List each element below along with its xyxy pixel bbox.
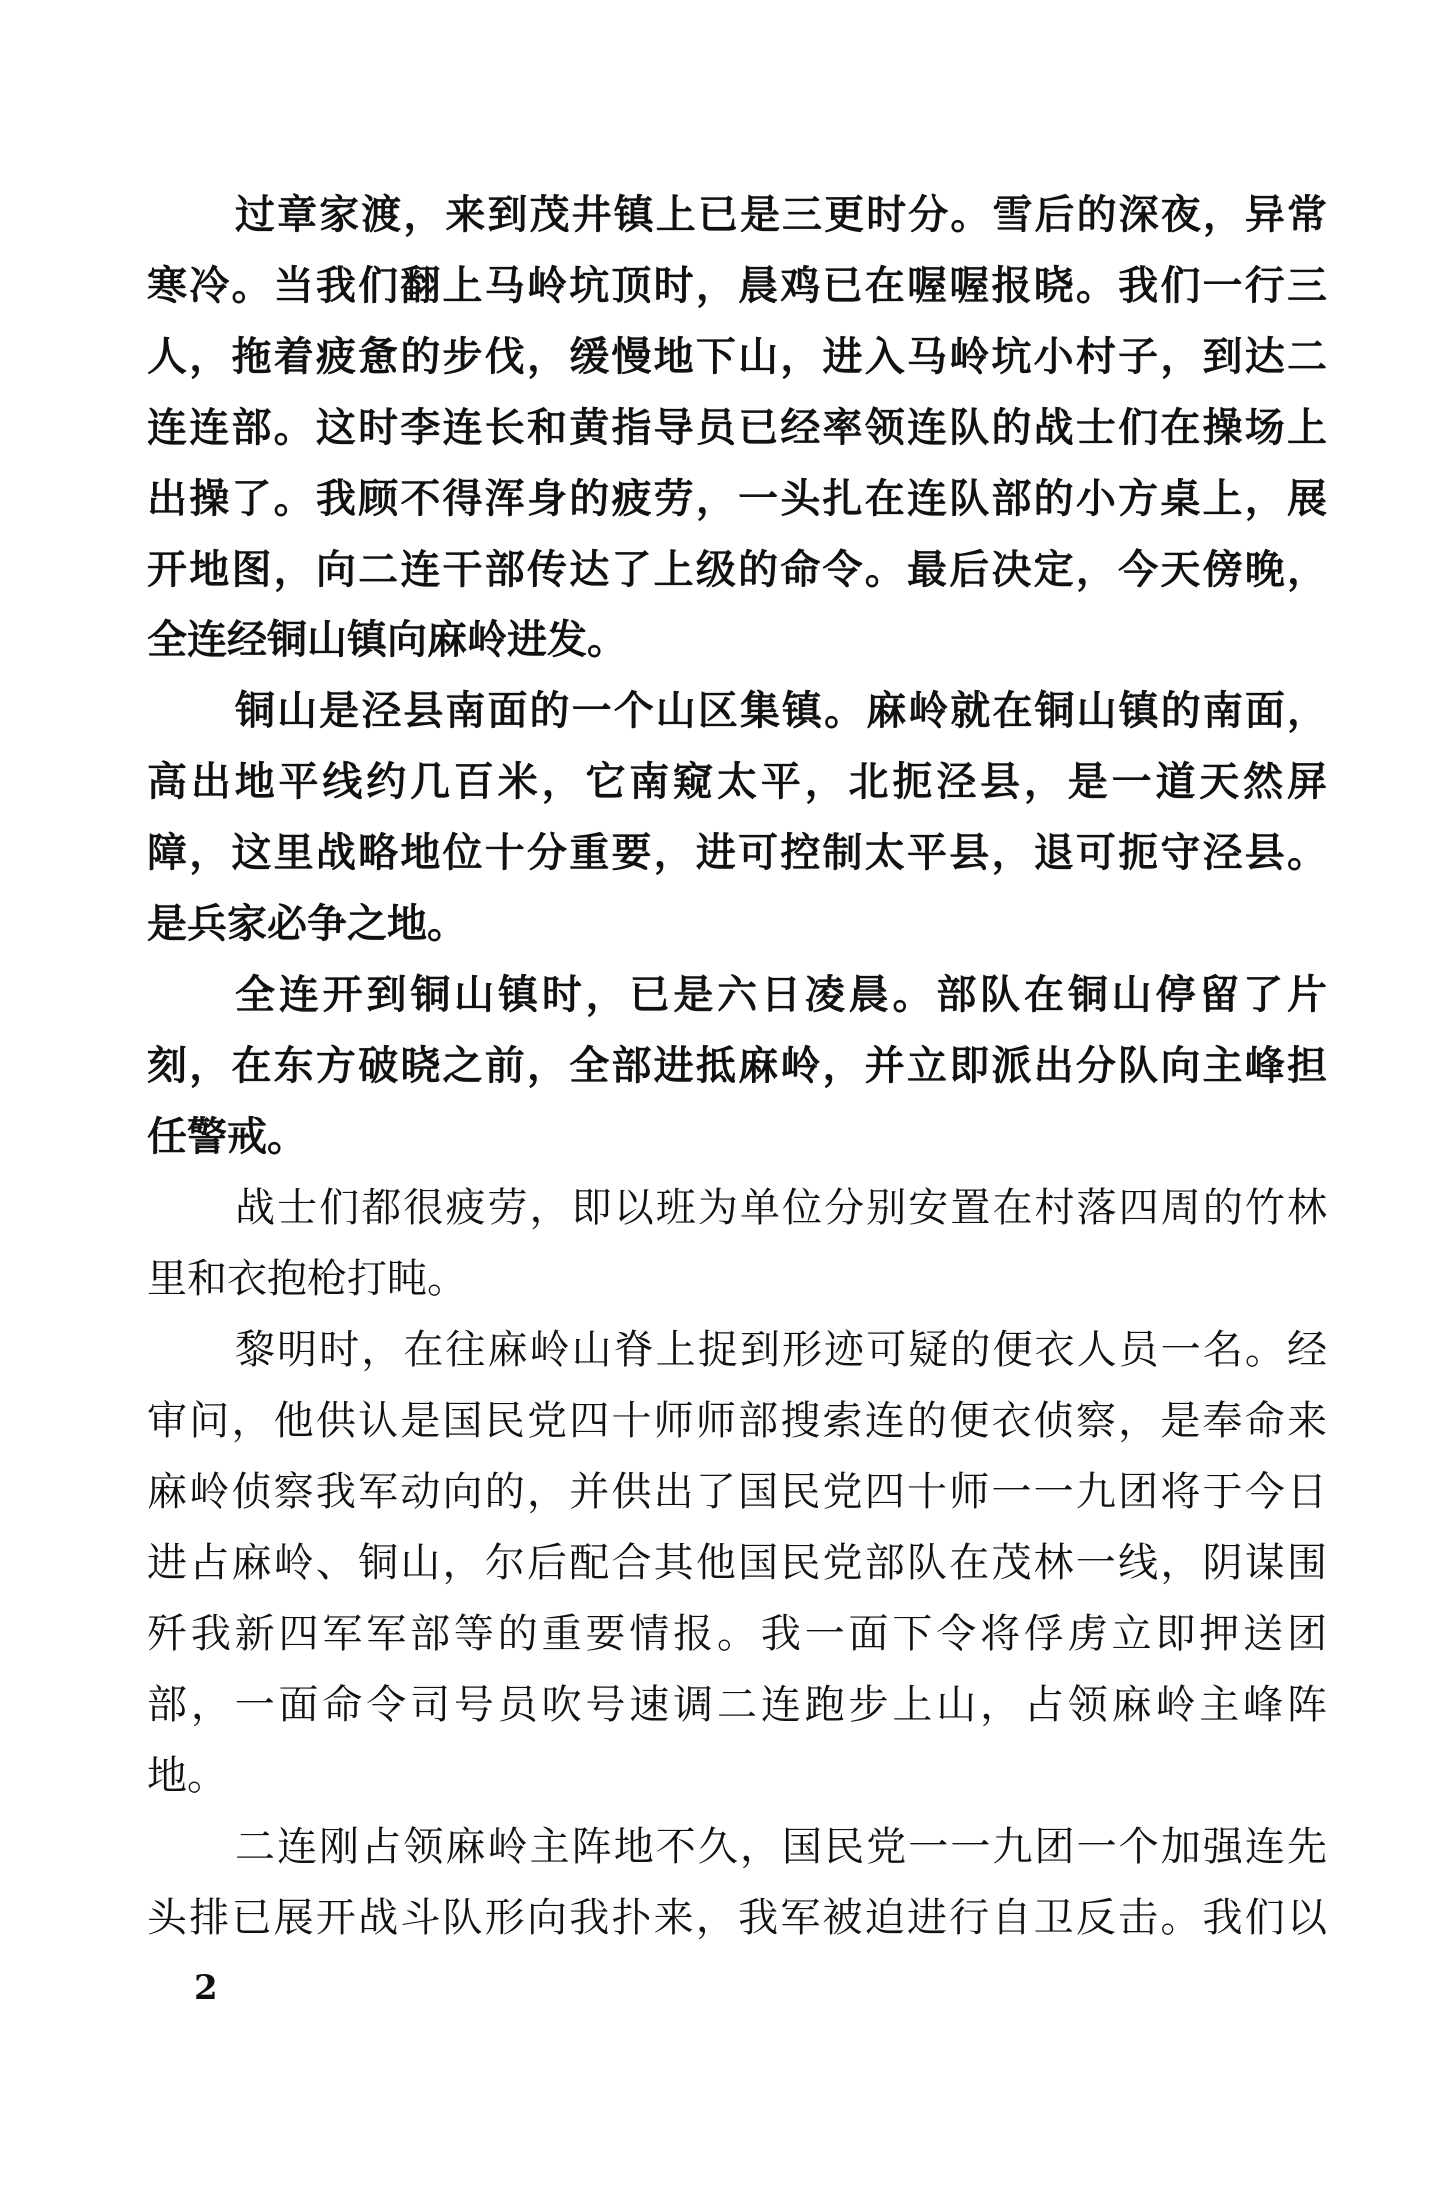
page-number: 2 bbox=[194, 1968, 218, 2008]
text-line: 全连经铜山镇向麻岭进发。 bbox=[147, 615, 1327, 665]
text-line: 人，拖着疲惫的步伐，缓慢地下山，进入马岭坑小村子，到达二 bbox=[147, 332, 1327, 382]
text-line: 任警戒。 bbox=[147, 1112, 1327, 1162]
text-line: 过章家渡，来到茂井镇上已是三更时分。雪后的深夜，异常 bbox=[235, 190, 1327, 240]
text-line: 连连部。这时李连长和黄指导员已经率领连队的战士们在操场上 bbox=[147, 403, 1327, 453]
text-line: 高出地平线约几百米，它南窥太平，北扼泾县，是一道天然屏 bbox=[147, 757, 1327, 807]
text-line: 出操了。我顾不得浑身的疲劳，一头扎在连队部的小方桌上，展 bbox=[147, 474, 1327, 524]
text-line: 头排已展开战斗队形向我扑来，我军被迫进行自卫反击。我们以 bbox=[147, 1893, 1327, 1943]
text-line: 地。 bbox=[147, 1751, 1327, 1801]
text-line: 是兵家必争之地。 bbox=[147, 899, 1327, 949]
text-line: 战士们都很疲劳，即以班为单位分别安置在村落四周的竹林 bbox=[235, 1183, 1327, 1233]
text-line: 铜山是泾县南面的一个山区集镇。麻岭就在铜山镇的南面， bbox=[235, 686, 1327, 736]
text-line: 刻，在东方破晓之前，全部进抵麻岭，并立即派出分队向主峰担 bbox=[147, 1041, 1327, 1091]
text-line: 二连刚占领麻岭主阵地不久，国民党一一九团一个加强连先 bbox=[235, 1822, 1327, 1872]
text-line: 开地图，向二连干部传达了上级的命令。最后决定，今天傍晚， bbox=[147, 545, 1327, 595]
text-line: 歼我新四军军部等的重要情报。我一面下令将俘虏立即押送团 bbox=[147, 1609, 1327, 1659]
text-line: 里和衣抱枪打盹。 bbox=[147, 1254, 1327, 1304]
text-line: 寒冷。当我们翻上马岭坑顶时，晨鸡已在喔喔报晓。我们一行三 bbox=[147, 261, 1327, 311]
text-line: 部，一面命令司号员吹号速调二连跑步上山，占领麻岭主峰阵 bbox=[147, 1680, 1327, 1730]
book-page: 过章家渡，来到茂井镇上已是三更时分。雪后的深夜，异常 寒冷。当我们翻上马岭坑顶时… bbox=[0, 0, 1440, 2200]
text-line: 进占麻岭、铜山，尔后配合其他国民党部队在茂林一线，阴谋围 bbox=[147, 1538, 1327, 1588]
text-line: 审问，他供认是国民党四十师师部搜索连的便衣侦察，是奉命来 bbox=[147, 1396, 1327, 1446]
text-line: 麻岭侦察我军动向的，并供出了国民党四十师一一九团将于今日 bbox=[147, 1467, 1327, 1517]
text-line: 黎明时，在往麻岭山脊上捉到形迹可疑的便衣人员一名。经 bbox=[235, 1325, 1327, 1375]
text-line: 障，这里战略地位十分重要，进可控制太平县，退可扼守泾县。 bbox=[147, 828, 1327, 878]
text-line: 全连开到铜山镇时，已是六日凌晨。部队在铜山停留了片 bbox=[235, 970, 1327, 1020]
